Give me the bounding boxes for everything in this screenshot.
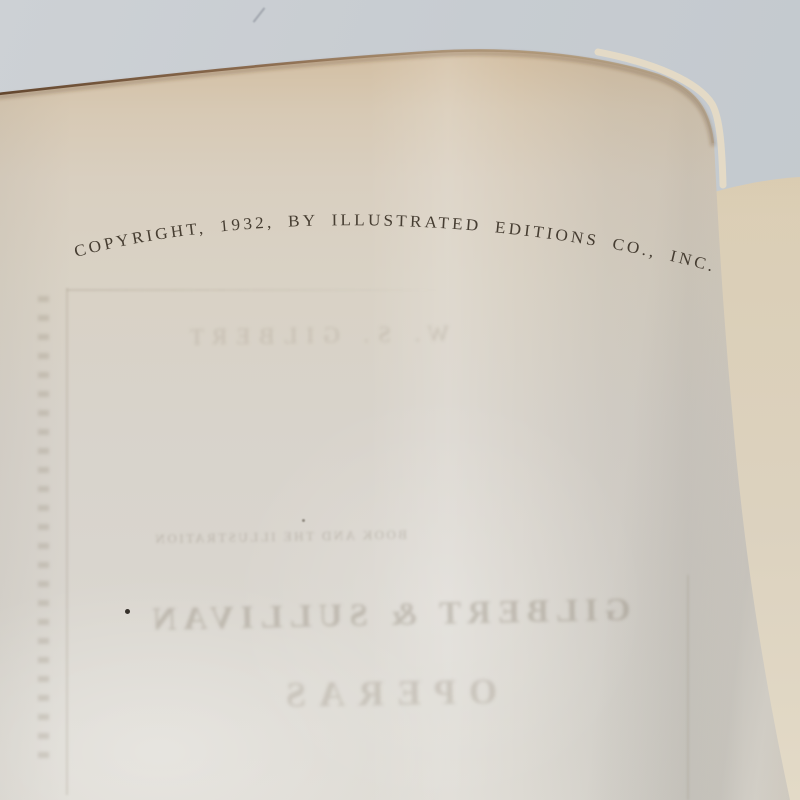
show-through-caption-line: BOOK AND THE ILLUSTRATION: [110, 526, 450, 548]
ink-speck-top-edge: [131, 61, 135, 65]
show-through-frame-right-line: [687, 575, 689, 800]
background-smudge: [253, 7, 266, 22]
show-through-frame-left-line: [66, 288, 68, 795]
book-photograph: W. S. GILBERT BOOK AND THE ILLUSTRATION …: [0, 0, 800, 800]
show-through-author-line: W. S. GILBERT: [150, 321, 480, 352]
show-through-title-line: GILBERT & SULLIVAN: [112, 591, 665, 640]
ink-speck-faint: [302, 519, 305, 522]
show-through-frame-ornaments: [38, 296, 49, 770]
book-page-copyright: W. S. GILBERT BOOK AND THE ILLUSTRATION …: [0, 0, 800, 800]
show-through-subtitle-line: OPERAS: [245, 670, 526, 717]
show-through-frame-top-line: [67, 289, 440, 291]
ink-speck: [125, 609, 130, 614]
